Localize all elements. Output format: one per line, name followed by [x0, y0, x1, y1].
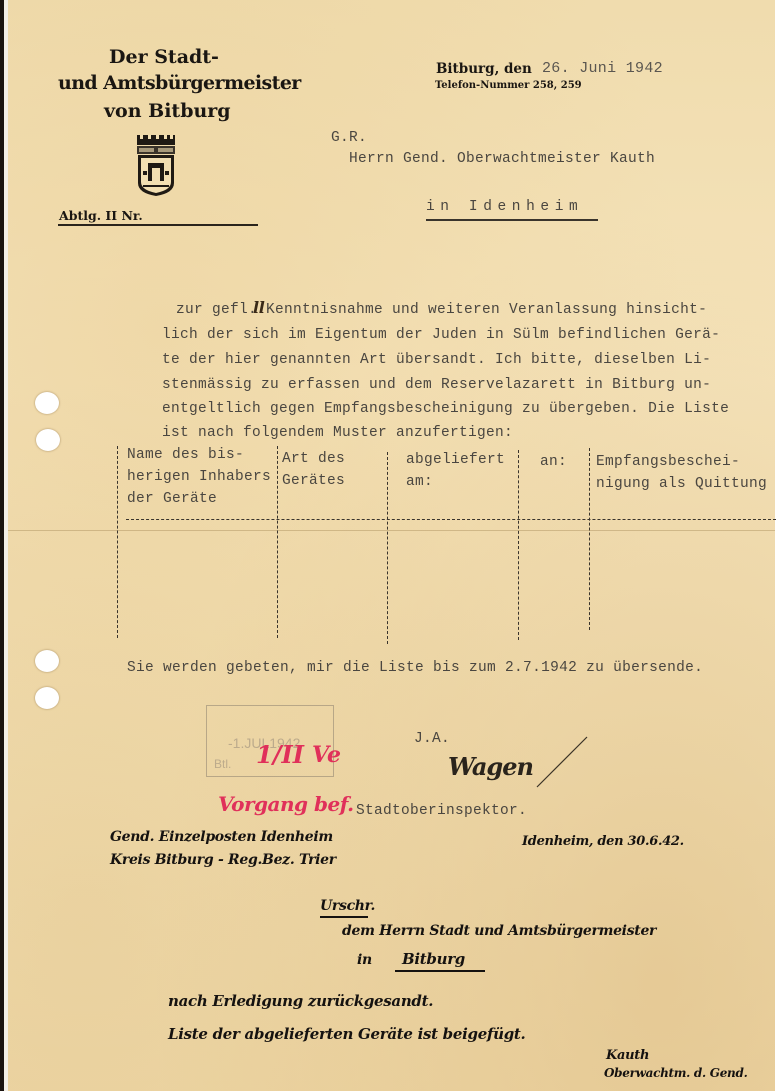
- phone-number: Telefon-Nummer 258, 259: [435, 80, 582, 91]
- urschr-underline: [320, 916, 368, 918]
- table-header-receipt: Empfangsbeschei- nigung als Quittung: [596, 451, 767, 495]
- punch-hole-icon: [36, 429, 60, 451]
- paper-fold-line: [8, 530, 775, 531]
- table-header-to: an:: [540, 451, 567, 473]
- table-header-delivered: abgeliefert am:: [406, 449, 505, 493]
- stamp-reg: Btl.: [214, 757, 231, 771]
- bitburg-coat-of-arms-icon: [135, 133, 177, 197]
- table-header-name: Name des bis- herigen Inhabers der Gerät…: [127, 444, 271, 510]
- table-divider: [387, 452, 388, 644]
- recipient-place-underline: [426, 219, 598, 221]
- official-title: Stadtoberinspektor.: [356, 803, 527, 819]
- reply-addressee-line1: dem Herrn Stadt und Amtsbürgermeister: [342, 923, 656, 939]
- reply-urschr: Urschr.: [320, 898, 375, 914]
- red-processed-note: Vorgang bef.: [218, 792, 354, 816]
- recipient-name: Herrn Gend. Oberwachtmeister Kauth: [349, 151, 655, 167]
- department-label: Abtlg. II Nr.: [59, 208, 143, 223]
- table-divider: [589, 448, 590, 630]
- ia-label: J.A.: [414, 731, 450, 747]
- handwritten-correction: ll: [253, 298, 265, 317]
- deadline-request: Sie werden gebeten, mir die Liste bis zu…: [127, 660, 703, 676]
- body-line: stenmässig zu erfassen und dem Reservela…: [162, 377, 711, 393]
- table-divider: [277, 446, 278, 638]
- reply-sender-line1: Gend. Einzelposten Idenheim: [110, 829, 333, 845]
- red-file-mark: 1/II: [256, 740, 304, 769]
- punch-hole-icon: [35, 392, 59, 414]
- place-prefix: Bitburg, den: [436, 61, 532, 77]
- letterhead-line3: von Bitburg: [104, 100, 231, 122]
- letterhead-line1: Der Stadt-: [109, 46, 219, 68]
- recipient-place: in Idenheim: [426, 199, 583, 215]
- red-initials: Ve: [312, 742, 341, 768]
- scan-edge-right: [775, 0, 780, 1091]
- reply-addressee-in: in: [357, 952, 372, 968]
- department-underline: [58, 224, 258, 226]
- body-line: ist nach folgendem Muster anzufertigen:: [162, 425, 513, 441]
- official-signature: Wagen: [448, 752, 533, 781]
- body-line: te der hier genannten Art übersandt. Ich…: [162, 352, 711, 368]
- table-header-rule: [126, 519, 776, 520]
- letter-date: 26. Juni 1942: [542, 60, 663, 77]
- reply-text-line1: nach Erledigung zurückgesandt.: [168, 992, 433, 1010]
- reply-signature-name: Kauth: [606, 1048, 649, 1063]
- signature-stroke-icon: [535, 735, 590, 790]
- table-divider: [518, 450, 519, 640]
- punch-hole-icon: [35, 650, 59, 672]
- body-line: lich der sich im Eigentum der Juden in S…: [162, 327, 720, 343]
- body-line: entgeltlich gegen Empfangsbescheinigung …: [162, 401, 729, 417]
- reply-place-date: Idenheim, den 30.6.42.: [522, 834, 684, 849]
- bitburg-underline: [395, 970, 485, 972]
- reply-text-line2: Liste der abgelieferten Geräte ist beige…: [168, 1025, 525, 1043]
- table-border-left: [117, 446, 118, 638]
- table-header-type: Art des Gerätes: [282, 448, 345, 492]
- reply-sender-line2: Kreis Bitburg - Reg.Bez. Trier: [110, 852, 336, 868]
- reply-signature-rank: Oberwachtm. d. Gend.: [604, 1066, 747, 1080]
- recipient-abbr: G.R.: [331, 130, 367, 146]
- letterhead-line2: und Amtsbürgermeister: [58, 72, 301, 94]
- punch-hole-icon: [35, 687, 59, 709]
- reply-addressee-place: Bitburg: [402, 950, 465, 968]
